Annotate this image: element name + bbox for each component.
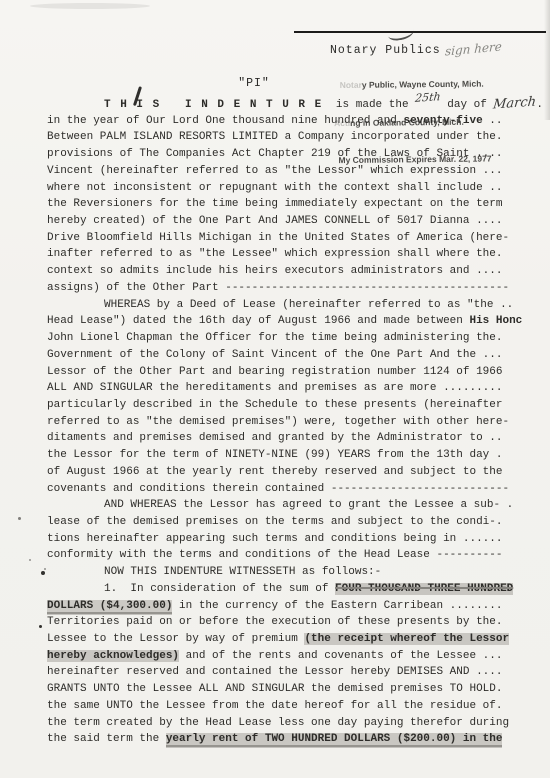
document-line: lease of the demised premises on the ter… (47, 514, 533, 531)
document-line: Government of the Colony of Saint Vincen… (47, 347, 533, 364)
top-rule-line (294, 31, 546, 33)
document-line: ALL AND SINGULAR the hereditaments and p… (47, 380, 533, 397)
document-line: where not inconsistent or repugnant with… (47, 180, 533, 197)
page-edge-shadow (544, 0, 550, 120)
document-line: provisions of The Companies Act Chapter … (47, 146, 533, 163)
document-line: John Lionel Chapman the Officer for the … (47, 330, 533, 347)
document-line: the Reversioners for the time being imme… (47, 196, 533, 213)
document-line: tions hereinafter appearing such terms a… (47, 531, 533, 548)
scanned-document-page: { "page": { "title_mark": "\"PI\"", "not… (0, 0, 550, 778)
document-line: Drive Bloomfield Hills Michigan in the U… (47, 230, 533, 247)
document-line: the said term the yearly rent of TWO HUN… (47, 731, 533, 748)
document-line: assigns) of the Other Part -------------… (47, 280, 533, 297)
document-line: Head Lease") dated the 16th day of Augus… (47, 313, 533, 330)
document-line: the Lessor for the term of NINETY-NINE (… (47, 447, 533, 464)
document-line: hereby created) of the One Part And JAME… (47, 213, 533, 230)
document-line: 1. In consideration of the sum of FOUR T… (47, 581, 533, 598)
document-line: of August 1966 at the yearly rent thereb… (47, 464, 533, 481)
document-line: T H I S I N D E N T U R E is made the 25… (47, 96, 533, 113)
document-line: GRANTS UNTO the Lessee ALL AND SINGULAR … (47, 681, 533, 698)
document-line: hereinafter reserved and contained the L… (47, 664, 533, 681)
document-line: the term created by the Head Lease less … (47, 715, 533, 732)
document-line: NOW THIS INDENTURE WITNESSETH as follows… (47, 564, 533, 581)
document-line: Between PALM ISLAND RESORTS LIMITED a Co… (47, 129, 533, 146)
document-line: Territories paid on or before the execut… (47, 614, 533, 631)
document-body: T H I S I N D E N T U R E is made the 25… (47, 96, 533, 748)
document-line: DOLLARS ($4,300.00) in the currency of t… (47, 598, 533, 615)
document-line: hereby acknowledges) and of the rents an… (47, 648, 533, 665)
scan-smudge (30, 3, 150, 9)
document-line: conformity with the terms and conditions… (47, 547, 533, 564)
document-title: "PI" (0, 77, 508, 90)
document-line: WHEREAS by a Deed of Lease (hereinafter … (47, 297, 533, 314)
document-line: in the year of Our Lord One thousand nin… (47, 113, 533, 130)
document-line: the same UNTO the Lessee from the date h… (47, 698, 533, 715)
document-line: context so admits include his heirs exec… (47, 263, 533, 280)
document-line: Vincent (hereinafter referred to as "the… (47, 163, 533, 180)
scan-speck (39, 625, 42, 628)
scan-speck (41, 571, 45, 575)
document-line: inafter referred to as "the Lessee" whic… (47, 246, 533, 263)
document-line: Lessor of the Other Part and bearing reg… (47, 364, 533, 381)
document-line: covenants and conditions therein contain… (47, 481, 533, 498)
document-line: Lessee to the Lessor by way of premium (… (47, 631, 533, 648)
scan-speck (29, 559, 31, 561)
document-line: ditaments and premises demised and grant… (47, 430, 533, 447)
document-line: particularly described in the Schedule t… (47, 397, 533, 414)
document-line: referred to as "the demised premises") w… (47, 414, 533, 431)
document-line: AND WHEREAS the Lessor has agreed to gra… (47, 497, 533, 514)
scan-speck (18, 517, 21, 520)
